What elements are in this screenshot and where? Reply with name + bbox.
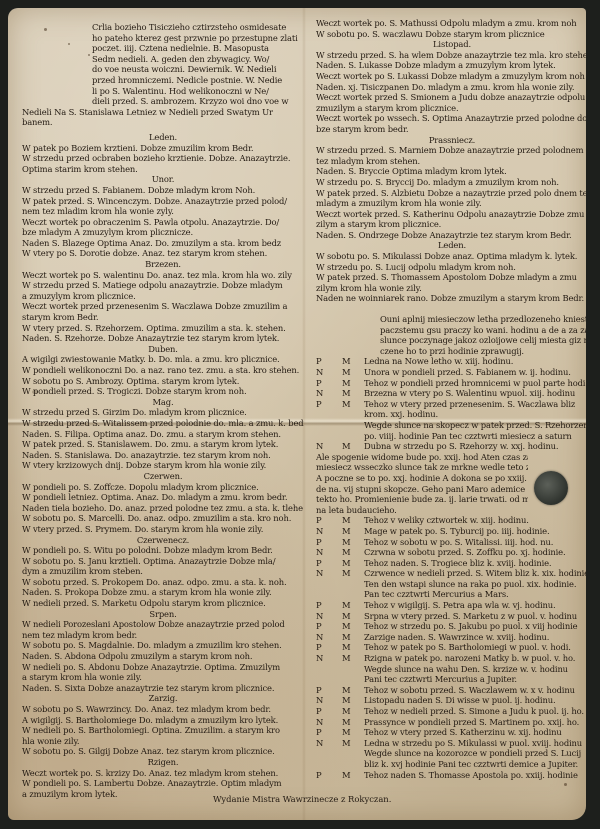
moon-marker: M (342, 441, 364, 452)
moon-marker: M (342, 568, 364, 579)
calendar-entry: Weczt wortek po. S. krzizy Do. Anaz. tez… (22, 768, 304, 779)
intro-line: slunce poczynage jakoz ozloijowe celij m… (380, 335, 586, 346)
calendar-entry: W vtery po S. Dorotie dobze. Anaz. tez s… (22, 248, 304, 259)
calendar-entry: Naden. S. Filipa. Optima anaz. Do. zmu. … (22, 429, 304, 440)
phase-row: PMTehoz w strzedu po. S. Jakubu po puol.… (316, 621, 586, 632)
month-heading: Brzezen. (22, 259, 304, 270)
moon-marker: M (342, 727, 364, 738)
phase-marker (316, 664, 342, 675)
calendar-entry: Weczt wortek przed przenesenim S. Waczla… (22, 301, 304, 312)
phase-marker: P (316, 378, 342, 389)
calendar-entry: W nedieli przed. S. Marketu Odpolu stary… (22, 598, 304, 609)
moon-marker: M (342, 399, 364, 410)
intro-line: ho pateho kterez gest przwnie po przestu… (92, 33, 304, 44)
phase-text: Tehoz w sobotu przed. S. Waczlawem w. x … (364, 685, 586, 696)
calendar-entry: Weczt wortek po wssech. S. Optima Anazay… (316, 113, 586, 124)
calendar-entry: Naden. S. Prokopa Dobze zmu. a starym kr… (22, 587, 304, 598)
phase-text: Tehoz naden S. Thomasse Apostola po. xxi… (364, 770, 586, 781)
phase-row: PMLedna na Nowe letho w. xiij. hodinu. (316, 356, 586, 367)
moon-marker: M (342, 706, 364, 717)
calendar-entry: W strzedu po. S. Bryccij Do. mladym a zm… (316, 177, 586, 188)
phase-text: Tehoz w vtery przed przenesenim. S. Wacz… (364, 399, 586, 410)
calendar-entry: W strzedu przed S. Girzim Do. mladym kro… (22, 407, 304, 418)
phase-text: Ledna na Nowe letho w. xiij. hodinu. (364, 356, 586, 367)
phase-row: NMMage w patek po. S. Tyburcij po. iiij.… (316, 526, 586, 537)
eclipse-line: tekto ho. Promienienie bude za. ij. lari… (316, 494, 528, 505)
phase-text: Dubna w strzedu po S. Rzehorzy w. xxj. h… (364, 441, 586, 452)
eclipse-note: Ale spogenie widome bude po. xxij. hod A… (316, 452, 528, 516)
calendar-entry: Naden. S. Bryccie Optima mladym krom lyt… (316, 166, 586, 177)
phase-text: krom. xxj. hodinu. (364, 409, 586, 420)
moon-marker: M (342, 632, 364, 643)
phase-marker: N (316, 632, 342, 643)
month-heading: Srpen. (22, 609, 304, 620)
phase-marker: N (316, 526, 342, 537)
calendar-entry: Weczt wortek po S. walentinu Do. anaz. t… (22, 270, 304, 281)
eclipse-line: de na. vij stupni skopcze. Geho pani Mar… (316, 484, 528, 495)
phase-marker: P (316, 537, 342, 548)
calendar-entry: Naden S. Blazege Optima Anaz. Do. zmuzil… (22, 238, 304, 249)
phase-text: Tehoz w pondieli przed hromnicemi w puol… (364, 378, 586, 389)
phase-text: Srpna w vtery przed. S. Marketu z w puol… (364, 611, 586, 622)
eclipse-line: A poczne se to po. xxj. hodinie A dokona… (316, 473, 528, 484)
calendar-entry: tez mladym krom stehen. (316, 156, 586, 167)
calendar-entry: W sobotu po. S. Gilgij Dobze Anaz. tez s… (22, 746, 304, 757)
calendar-entry: W strzedu przed S. Matiege odpolu anazay… (22, 280, 304, 291)
moon-phase-table-2: PMTehoz v weliky cztwortek w. xiij. hodi… (316, 515, 586, 780)
intro-line: paczstemu gsu praczy ko wani. hodinu a d… (380, 325, 586, 336)
calendar-entry: A wigilgi zwiestowanie Matky. b. Do. mla… (22, 354, 304, 365)
calendar-entry: W strzedu przed S. Fabianem. Dobze mlady… (22, 185, 304, 196)
phase-text: Tehoz w nedieli przed. S. Simone a Judu … (364, 706, 586, 717)
calendar-entry: W pondieli po. S. Lambertu Dobze. Anazay… (22, 778, 304, 789)
phase-text: Prassynce w pondieli przed S. Martinem p… (364, 717, 586, 728)
moon-marker: M (342, 653, 364, 664)
phase-row: NMDubna w strzedu po S. Rzehorzy w. xxj.… (316, 441, 586, 452)
moon-marker: M (342, 558, 364, 569)
phase-text: Brzezna w vtery po S. Walentinu wpuol. x… (364, 388, 586, 399)
phase-marker: P (316, 600, 342, 611)
calendar-entry: W sobotu przed. S. Prokopem Do. anaz. od… (22, 577, 304, 588)
phase-text: Tehoz naden. S. Trogiece bliz k. xviij. … (364, 558, 586, 569)
moon-phases-intro: Ouni aplnij miesieczow letha przedlozene… (316, 314, 586, 356)
intro-line: przed hromniczemi. Nedicle postnie. W. N… (92, 75, 304, 86)
calendar-entry: W vtery przed. S. Prymem. Do. starym kro… (22, 524, 304, 535)
calendar-entry: hla wonie zily. (22, 736, 304, 747)
phase-marker (316, 674, 342, 685)
intro-line: Crlia bozieho Tisiczieho cztirzsteho osm… (92, 22, 304, 33)
moon-phase-table: PMLedna na Nowe letho w. xiij. hodinu. N… (316, 356, 586, 451)
calendar-entry: W sobotu po. S. waczlawu Dobze starym kr… (316, 29, 586, 40)
calendar-entry: Naden. S. Stanislawa. Do. anazaytrzie. t… (22, 450, 304, 461)
calendar-entry: Naden ne woinniarek rano. Dobze zmuzilym… (316, 293, 586, 304)
intro-line: poczet. iiij. Cztena nedielnie. B. Masop… (92, 43, 304, 54)
month-heading: Mag. (22, 397, 304, 408)
eclipse-line: miesiecz wsseczko slunce tak ze mrkne we… (316, 462, 528, 473)
phase-text: po. viiij. hodinie Pan tec czztwrti mies… (364, 431, 586, 442)
phase-marker: P (316, 621, 342, 632)
moon-marker: M (342, 367, 364, 378)
calendar-entry: Weczt wortek po obraczenim S. Pawla otpo… (22, 217, 304, 228)
phase-marker: P (316, 727, 342, 738)
moon-marker (342, 431, 364, 442)
phase-text: Tehoz w strzedu po. S. Jakubu po puol. x… (364, 621, 586, 632)
phase-row: Wegde slunce na wahu Den. S. krzize w. v… (316, 664, 586, 675)
phase-text: Unora w pondieli przed. S. Fabianem w. i… (364, 367, 586, 378)
calendar-entry: W vtery krzizowych dnij. Dobze starym kr… (22, 460, 304, 471)
calendar-entry: W pondieli przed. S. Trogiczi. Dobze sta… (22, 386, 304, 397)
moon-marker: M (342, 378, 364, 389)
month-heading: Zarzig. (22, 693, 304, 704)
phase-text: Listopadu naden S. Di wisse w puol. ij. … (364, 695, 586, 706)
month-heading: Rzigen. (22, 757, 304, 768)
phase-marker (316, 589, 342, 600)
moon-marker: M (342, 515, 364, 526)
calendar-entry: W pondieli po. S. Witu po polodni. Dobze… (22, 545, 304, 556)
intro-paragraph: Crlia bozieho Tisiczieho cztirzsteho osm… (22, 22, 304, 107)
phase-marker: P (316, 770, 342, 781)
phase-text: Ten den wstapi slunce na raka po puol. x… (364, 579, 586, 590)
phase-row: PMTehoz v wigilgij. S. Petra apa wla w. … (316, 600, 586, 611)
phase-row: NMSrpna w vtery przed. S. Marketu z w pu… (316, 611, 586, 622)
phase-row: NMCzrwence w nedieli przed. S. Witem bli… (316, 568, 586, 579)
moon-marker (342, 420, 364, 431)
calendar-entry: starym krom Bedr. (22, 312, 304, 323)
moon-marker: M (342, 621, 364, 632)
phase-marker: N (316, 441, 342, 452)
phase-row: NMCzrwna w sobotu przed. S. Zoffku po. x… (316, 547, 586, 558)
moon-marker (342, 589, 364, 600)
printed-page: Crlia bozieho Tisiczieho cztirzsteho osm… (8, 8, 586, 820)
moon-marker (342, 674, 364, 685)
calendar-entry: nem tez mladim krom hla wonie zyly. (22, 206, 304, 217)
calendar-entry: Weczt wortek przed. S. Katherinu Odpolu … (316, 209, 586, 220)
moon-marker: M (342, 356, 364, 367)
phase-text: Tehoz w patek po S. Bartholomiegi w puol… (364, 642, 586, 653)
moon-marker (342, 759, 364, 770)
phase-row: Pani tec czztwrti Mercurius a Jupiter. (316, 674, 586, 685)
calendar-entry: W patek przed. S. Thomassem Apostolom Do… (316, 272, 586, 283)
calendar-entry: Optima starim krom stehen. (22, 164, 304, 175)
foxing-spot (564, 783, 567, 786)
moon-marker (342, 748, 364, 759)
month-heading: Leden. (316, 240, 586, 251)
phase-text: Tehoz v wigilgij. S. Petra apa wla w. vj… (364, 600, 586, 611)
moon-marker (342, 579, 364, 590)
phase-marker (316, 431, 342, 442)
intro-line: czene ho to przi hodinie zprawugij. (380, 346, 586, 357)
phase-text: Wegde slunce na skopecz w patek przed. S… (364, 420, 586, 431)
phase-row: Ten den wstapi slunce na raka po puol. x… (316, 579, 586, 590)
phase-text: Wegde slunce na kozorozce w pondieli prz… (364, 748, 586, 759)
calendar-entry: mladym a zmuzilym krom hla wonie zily. (316, 198, 586, 209)
intro-line: banem. (22, 117, 304, 128)
month-heading: Prassniecz. (316, 135, 586, 146)
calendar-entry: Weczt wortek po. S. Mathussi Odpolu mlad… (316, 18, 586, 29)
calendar-entry: A wigilgij. S. Bartholomiege Do. mladym … (22, 715, 304, 726)
moon-marker: M (342, 695, 364, 706)
eclipse-line: Ale spogenie widome bude po. xxij. hod A… (316, 452, 528, 463)
phase-marker: P (316, 685, 342, 696)
calendar-entry: W patek przed. S. Stanislawem. Do. zmu. … (22, 439, 304, 450)
month-heading: Czerwenecz. (22, 535, 304, 546)
phase-text: Zarzige naden. S. Wawrzince w. xviij. ho… (364, 632, 586, 643)
calendar-entry: Naden. S. Ondrzege Dobze Anazaytrzie tez… (316, 230, 586, 241)
phase-marker: N (316, 717, 342, 728)
moon-marker: M (342, 717, 364, 728)
phase-text: Wegde slunce na wahu Den. S. krzize w. v… (364, 664, 586, 675)
calendar-entry: Weczt wortek po S. Lukassi Dobze mladym … (316, 71, 586, 82)
calendar-entry: W sobotu po. S. Janu krztieli. Optima. A… (22, 556, 304, 567)
phase-marker (316, 409, 342, 420)
phase-text: Mage w patek po. S. Tyburcij po. iiij. h… (364, 526, 586, 537)
moon-marker (342, 664, 364, 675)
phase-text: Pan tec czztwrti Mercurius a Mars. (364, 589, 586, 600)
moon-marker: M (342, 611, 364, 622)
calendar-entry: Naden. S. Abdona Odpolu zmuzilym a stary… (22, 651, 304, 662)
phase-text: Rzigna w patek po. narozeni Matky b. w p… (364, 653, 586, 664)
phase-row: PMTehoz w pondieli przed hromnicemi w pu… (316, 378, 586, 389)
phase-marker: P (316, 706, 342, 717)
calendar-entry: Weczt wortek przed S. Smionem a Judu dob… (316, 92, 586, 103)
calendar-entry: W strzedu po. S. Lucij odpolu mladym kro… (316, 262, 586, 273)
calendar-entry: bze starym krom bedr. (316, 124, 586, 135)
intro-line: dieli przed. S. ambrozem. Krzyzo woi dno… (92, 96, 304, 107)
intro-line: li po S. Walentinu. Hod welikonoczni w N… (92, 86, 304, 97)
moon-marker: M (342, 388, 364, 399)
phase-marker (316, 420, 342, 431)
month-heading: Duben. (22, 344, 304, 355)
moon-marker: M (342, 537, 364, 548)
intro-line: Ouni aplnij miesieczow letha przedlozene… (380, 314, 586, 325)
phase-marker: N (316, 568, 342, 579)
calendar-entry: W strzedu przed. S. ha wlem Dobze anazay… (316, 50, 586, 61)
left-column: Crlia bozieho Tisiczieho cztirzsteho osm… (22, 22, 304, 799)
phase-row: bliz k. xvj hodinie Pani tec czztwrti de… (316, 759, 586, 770)
calendar-entry: Naden. S. Lukasse Dobze mladym a zmuzyly… (316, 60, 586, 71)
calendar-entry: W nedieli po. S. Bartholomiegi. Optina. … (22, 725, 304, 736)
eclipse-line: na leta budaucieho. (316, 505, 528, 516)
phase-row: PMTehoz w sobotu przed. S. Waczlawem w. … (316, 685, 586, 696)
moon-marker: M (342, 770, 364, 781)
calendar-entry: W sobotu po. S. Magdalnie. Do. mladym a … (22, 640, 304, 651)
phase-marker: N (316, 653, 342, 664)
phase-marker (316, 748, 342, 759)
phase-text: Czrwna w sobotu przed. S. Zoffku po. xj.… (364, 547, 586, 558)
phase-row: PMTehoz naden S. Thomasse Apostola po. x… (316, 770, 586, 781)
moon-marker: M (342, 685, 364, 696)
phase-marker: P (316, 356, 342, 367)
phase-marker: N (316, 611, 342, 622)
phase-row: PMTehoz w vtery przed S. Katherzinu w. x… (316, 727, 586, 738)
colophon: Wydanie Mistra Wawrzinecze z Rokyczan. (213, 794, 391, 804)
calendar-entry: W sobotu po. S. Marcelli. Do. anaz. odpo… (22, 513, 304, 524)
moon-marker: M (342, 526, 364, 537)
phase-row: po. viiij. hodinie Pan tec czztwrti mies… (316, 431, 586, 442)
phase-marker: P (316, 515, 342, 526)
calendar-entry: bze mladym A zmuzylym krom plicznicze. (22, 227, 304, 238)
phase-text: Tehoz v weliky cztwortek w. xiij. hodinu… (364, 515, 586, 526)
calendar-entry: W nedieli Porozeslani Apostolow Dobze an… (22, 619, 304, 630)
month-heading: Unor. (22, 174, 304, 185)
calendar-entry: W nedieli po. S. Abdonu Dobze Anazaytrzi… (22, 662, 304, 673)
phase-marker: N (316, 388, 342, 399)
calendar-entry: W vtery przed. S. Rzehorzem. Optima. zmu… (22, 323, 304, 334)
phase-text: Ledna w strzedu po S. Mikulassi w puol. … (364, 738, 586, 749)
intro-line: do voe neusta woiczni. Dewiernik. W. Ned… (92, 64, 304, 75)
phase-row: PMTehoz w vtery przed przenesenim. S. Wa… (316, 399, 586, 410)
calendar-entry: Naden. S. Sixta Dobze anazaytrzie tez st… (22, 683, 304, 694)
calendar-entry: W sobotu po S. Ambrozy. Optima. starym k… (22, 376, 304, 387)
moon-marker (342, 409, 364, 420)
calendar-entry: Naden. S. Rzehorze. Dobze Anazaytrzie te… (22, 333, 304, 344)
phase-row: NMBrzezna w vtery po S. Walentinu wpuol.… (316, 388, 586, 399)
calendar-entry: W pondieli letniez. Optima. Anaz. Do. ml… (22, 492, 304, 503)
phase-text: Pani tec czztwrti Mercurius a Jupiter. (364, 674, 586, 685)
calendar-entry: Naden. xj. Tisiczpanen Do. mladym a zmu.… (316, 82, 586, 93)
calendar-entry: zilym krom hla wonie zily. (316, 283, 586, 294)
calendar-entry: W strzedu przed ocbraben bozieho krztien… (22, 153, 304, 164)
calendar-entry: Naden tiela bozieho. Do. anaz. przed pol… (22, 503, 304, 514)
calendar-entry: zmuzilym a starym krom plicznice. (316, 103, 586, 114)
phase-text: bliz k. xvj hodinie Pani tec czztwrti de… (364, 759, 586, 770)
calendar-entry: W pondieli welikonoczni Do. a naz. rano … (22, 365, 304, 376)
calendar-entry: W strzedu przed S. Witalissem przed polo… (22, 418, 304, 429)
phase-row: NMRzigna w patek po. narozeni Matky b. w… (316, 653, 586, 664)
moon-marker: M (342, 547, 364, 558)
phase-row: Wegde slunce na skopecz w patek przed. S… (316, 420, 586, 431)
phase-marker: N (316, 738, 342, 749)
phase-row: PMTehoz w sobotu w po. S. Witalissi. iii… (316, 537, 586, 548)
intro-line: Nedieli Na S. Stanislawa Letniez w Nedie… (22, 107, 304, 118)
calendar-entry: W patek przed. S. Alzbietu Dobze a nazay… (316, 188, 586, 199)
phase-marker: P (316, 558, 342, 569)
phase-row: krom. xxj. hodinu. (316, 409, 586, 420)
phase-row: NMPrassynce w pondieli przed S. Martinem… (316, 717, 586, 728)
phase-row: NMZarzige naden. S. Wawrzince w. xviij. … (316, 632, 586, 643)
phase-row: Wegde slunce na kozorozce w pondieli prz… (316, 748, 586, 759)
moon-marker: M (342, 600, 364, 611)
month-heading: Leden. (22, 132, 304, 143)
calendar-entry: nem tez mladym krom bedr. (22, 630, 304, 641)
moon-marker: M (342, 738, 364, 749)
intro-line: Sedm nedieli. A. geden den zbywagicy. Wo… (92, 54, 304, 65)
phase-marker: P (316, 642, 342, 653)
calendar-entry: W strzedu przed. S. Marniem Dobze anazay… (316, 145, 586, 156)
calendar-entry: a zmuzylym krom plicznice. (22, 291, 304, 302)
phase-text: Czrwence w nedieli przed. S. Witem bliz … (364, 568, 586, 579)
right-column: Weczt wortek po. S. Mathussi Odpolu mlad… (316, 18, 586, 780)
phase-text: Tehoz w sobotu w po. S. Witalissi. iiij.… (364, 537, 586, 548)
phase-row: NMListopadu naden S. Di wisse w puol. ij… (316, 695, 586, 706)
phase-marker: N (316, 547, 342, 558)
calendar-entry: W pondieli po. S. Zoffcze. Dopolu mladym… (22, 482, 304, 493)
phase-marker: N (316, 695, 342, 706)
phase-text: Tehoz w vtery przed S. Katherzinu w. xij… (364, 727, 586, 738)
month-heading: Listopad. (316, 39, 586, 50)
phase-row: PMTehoz v weliky cztwortek w. xiij. hodi… (316, 515, 586, 526)
calendar-entry: a starym krom hla wonie zily. (22, 672, 304, 683)
phase-row: PMTehoz w patek po S. Bartholomiegi w pu… (316, 642, 586, 653)
month-heading: Czerwen. (22, 471, 304, 482)
calendar-entry: W patek przed. S. Wincenczym. Dobze. Ana… (22, 196, 304, 207)
phase-marker (316, 579, 342, 590)
phase-row: PMTehoz naden. S. Trogiece bliz k. xviij… (316, 558, 586, 569)
calendar-entry: W sobotu po S. Wawrzincy. Do. Anaz. tez … (22, 704, 304, 715)
calendar-entry: W patek po Boziem krztieni. Dobze zmuzil… (22, 143, 304, 154)
calendar-entry: dym a zmuzilim krom steben. (22, 566, 304, 577)
phase-row: Pan tec czztwrti Mercurius a Mars. (316, 589, 586, 600)
phase-row: NMUnora w pondieli przed. S. Fabianem w.… (316, 367, 586, 378)
phase-marker: P (316, 399, 342, 410)
phase-marker: N (316, 367, 342, 378)
phase-marker (316, 759, 342, 770)
phase-row: PMTehoz w nedieli przed. S. Simone a Jud… (316, 706, 586, 717)
phase-row: NMLedna w strzedu po S. Mikulassi w puol… (316, 738, 586, 749)
calendar-entry: W sobotu po. S. Mikulassi Dobze anaz. Op… (316, 251, 586, 262)
calendar-entry: zilym a starym krom plicznice. (316, 219, 586, 230)
moon-marker: M (342, 642, 364, 653)
